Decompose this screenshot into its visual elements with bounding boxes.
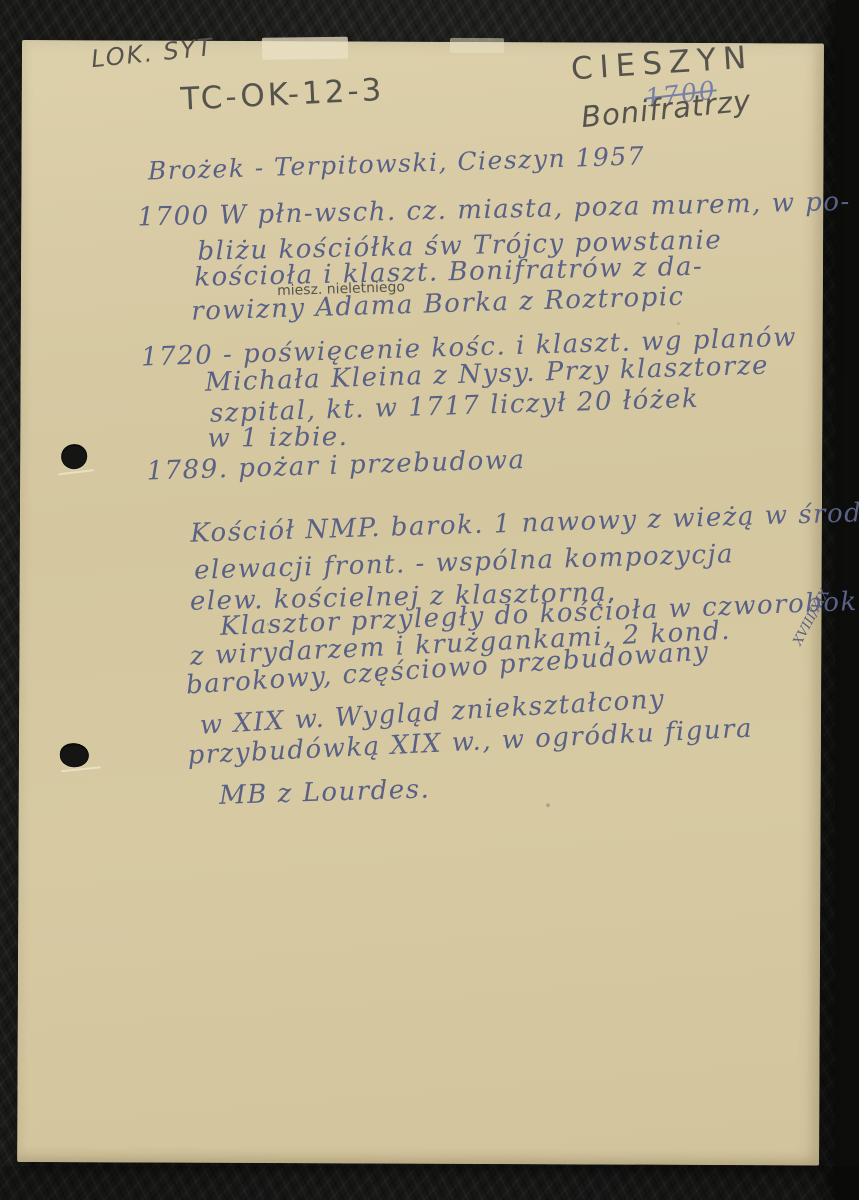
monastery-description-line-6: MB z Lourdes. — [219, 775, 431, 810]
punch-hole-tear — [58, 469, 94, 475]
entry-1700-line-1: 1700 W płn-wsch. cz. miasta, poza murem,… — [137, 188, 851, 232]
entry-1720-line-4: w 1 izbie. — [207, 423, 348, 453]
tape-mark — [262, 37, 348, 60]
entry-1789-line: 1789. pożar i przebudowa — [146, 446, 526, 486]
church-description-line-1: Kościół NMP. barok. 1 nawowy z wieżą w ś… — [190, 498, 859, 548]
church-description-line-2: elewacji front. - wspólna kompozycja — [194, 540, 735, 585]
city-heading: CIESZYN — [570, 40, 754, 86]
punch-hole-bottom — [60, 743, 89, 767]
scan-background: LOK. SYT TC-OK-12-3 CIESZYN 1700 Bonifra… — [0, 0, 859, 1200]
location-code-note: LOK. SYT — [90, 34, 215, 73]
order-name-note: Bonifratrzy — [580, 85, 753, 134]
punch-hole-top — [61, 444, 87, 469]
tape-mark — [450, 38, 504, 53]
catalog-number: TC-OK-12-3 — [180, 73, 385, 117]
scan-bottom-shadow — [0, 1166, 859, 1200]
bibliographic-reference-line: Brożek - Terpitowski, Cieszyn 1957 — [147, 142, 645, 185]
punch-hole-tear — [61, 766, 101, 772]
paper-sheet: LOK. SYT TC-OK-12-3 CIESZYN 1700 Bonifra… — [17, 40, 824, 1165]
